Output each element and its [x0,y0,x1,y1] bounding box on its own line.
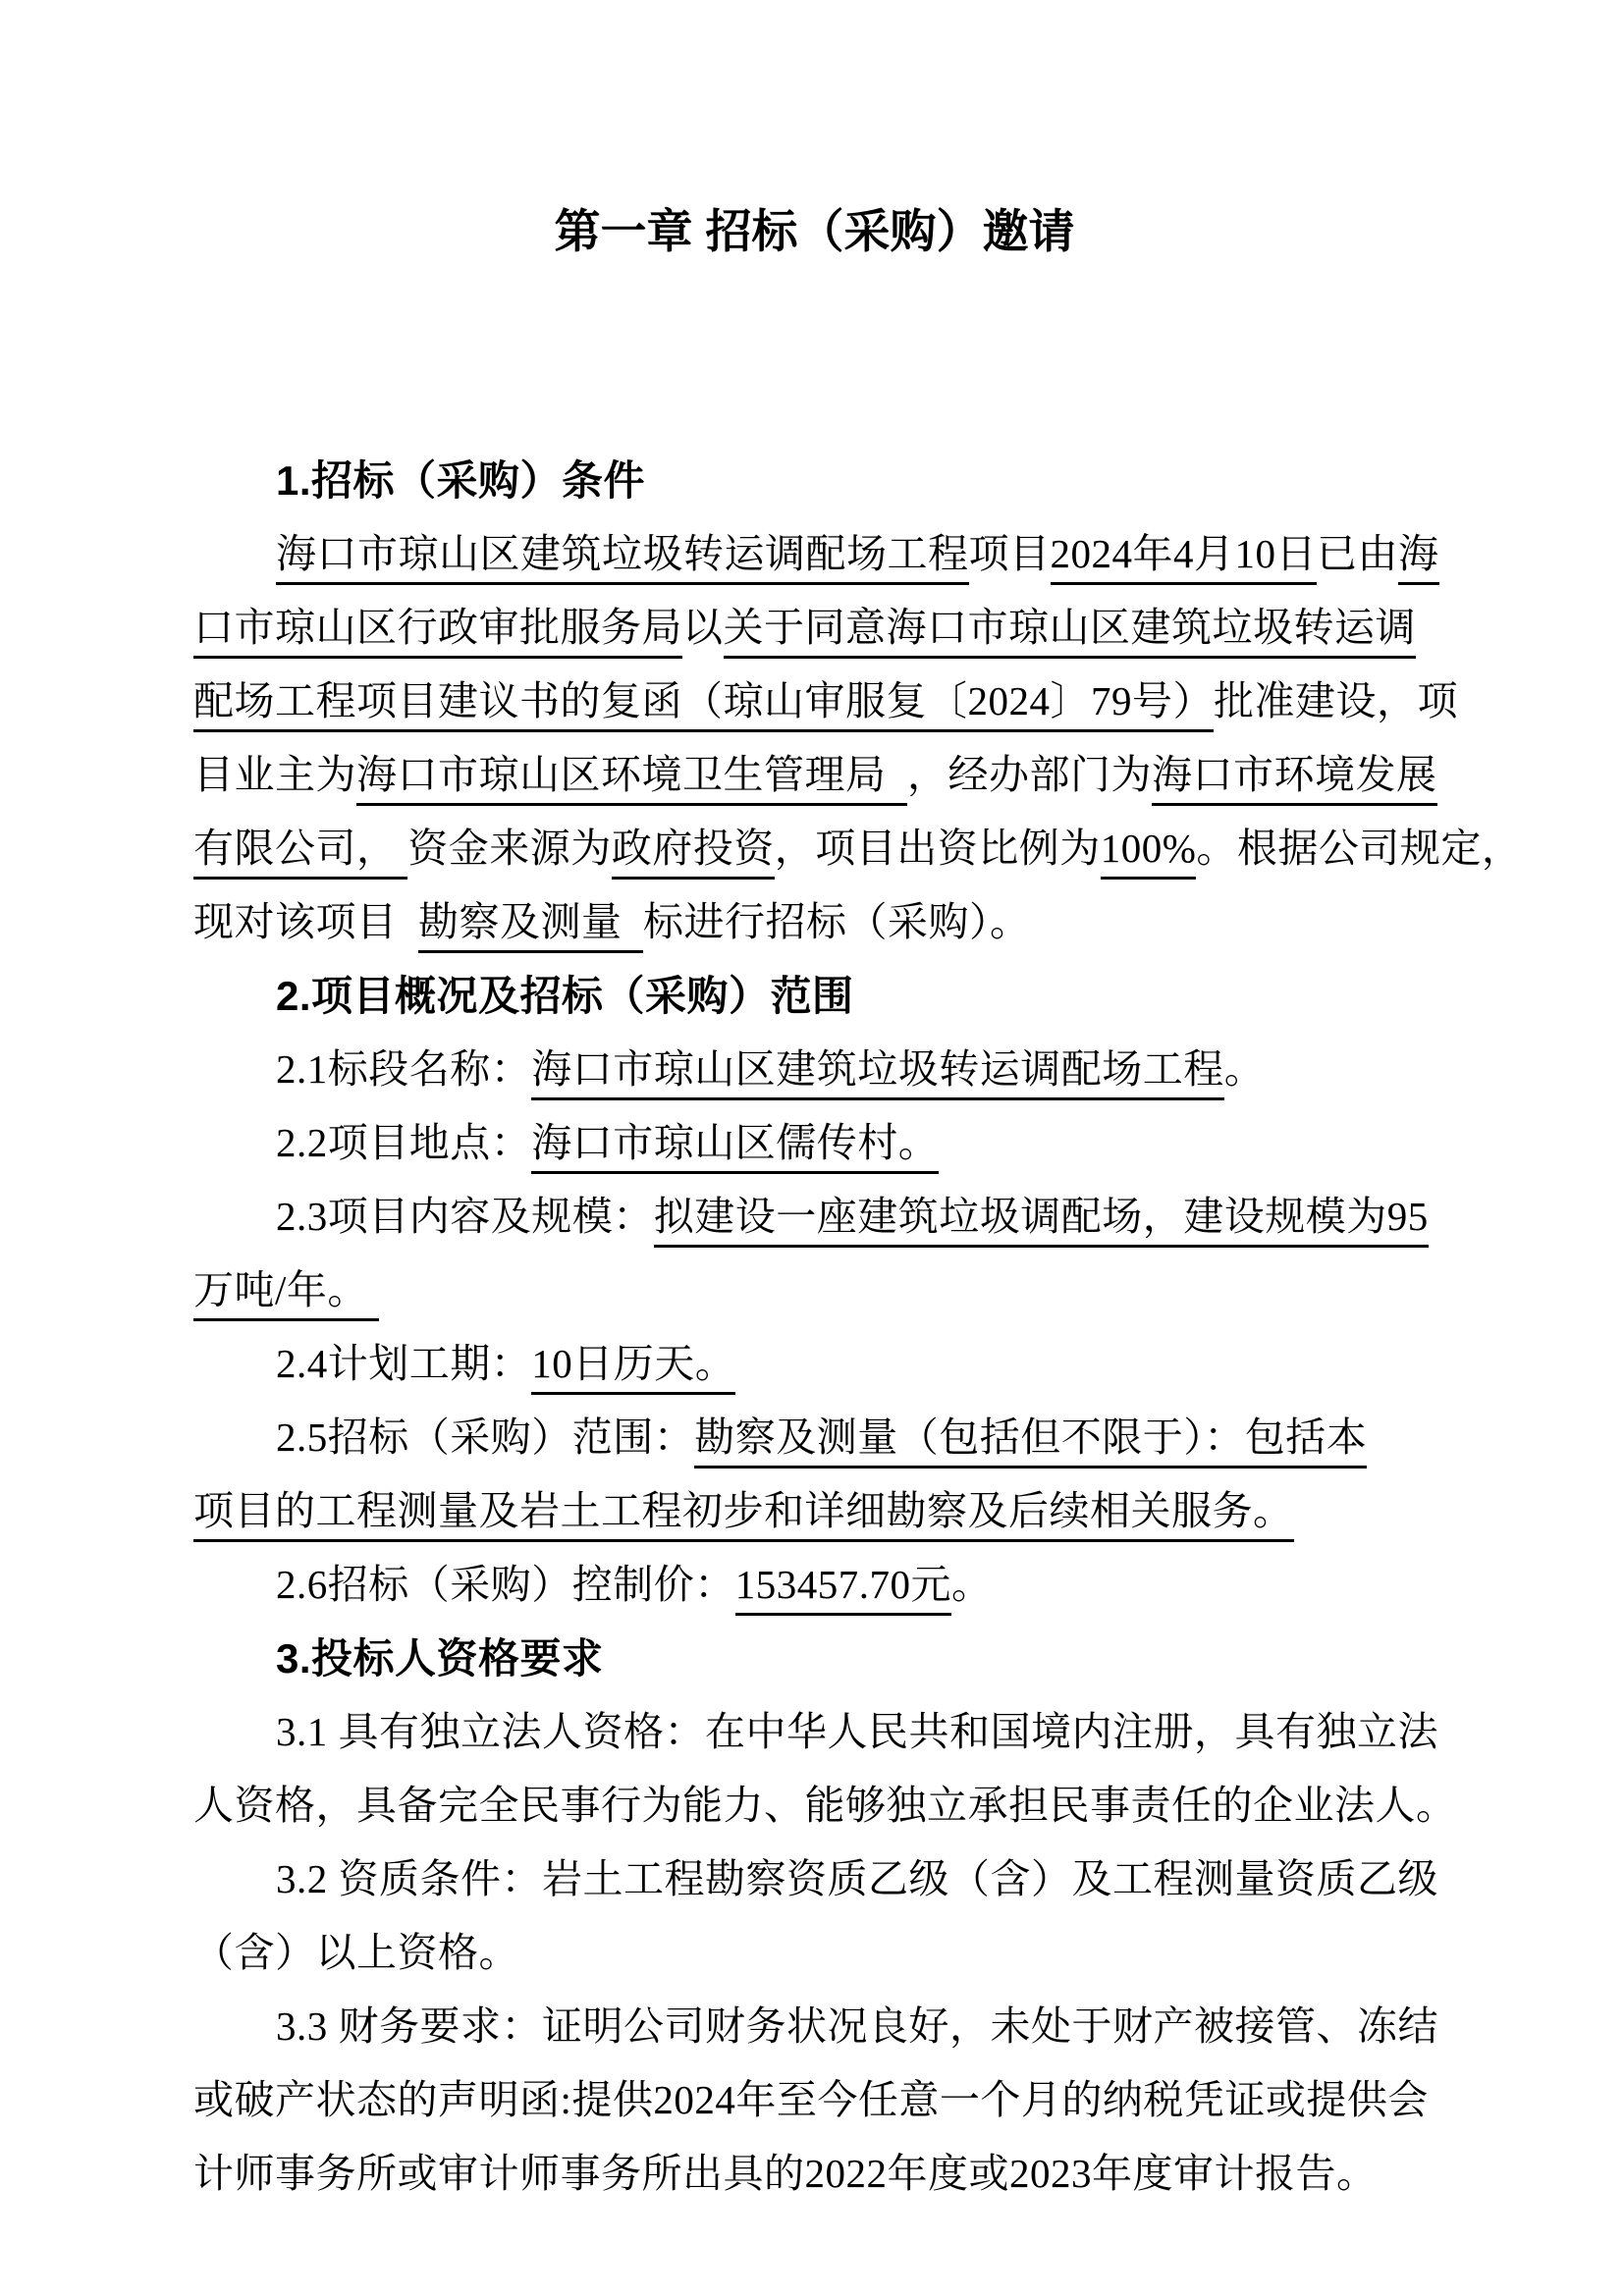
text-segment: 2.4计划工期： [276,1341,531,1386]
underlined-text-segment: 政府投资 [612,826,775,880]
text-line: 或破产状态的声明函:提供2024年至今任意一个月的纳税凭证或提供会 [193,2063,1435,2137]
underlined-text-segment: 万吨/年。 [193,1267,379,1321]
text-line: 2.3项目内容及规模：拟建设一座建筑垃圾调配场，建设规模为95 [193,1180,1435,1254]
text-segment: 3.3 财务要求：证明公司财务状况良好，未处于财产被接管、冻结 [276,2003,1438,2049]
text-segment: 人资格，具备完全民事行为能力、能够独立承担民事责任的企业法人。 [193,1783,1457,1828]
text-segment: 3.2 资质条件：岩土工程勘察资质乙级（含）及工程测量资质乙级 [276,1856,1438,1901]
underlined-text-segment: 海口市琼山区建筑垃圾转运调配场工程 [531,1046,1224,1100]
text-segment: 资金来源为 [407,826,612,871]
underlined-text-segment: 勘察及测量 [418,899,643,953]
text-line: 计师事务所或审计师事务所出具的2022年度或2023年度审计报告。 [193,2137,1435,2211]
underlined-text-segment: 项目的工程测量及岩土工程初步和详细勘察及后续相关服务。 [193,1488,1294,1542]
underlined-text-segment: 拟建设一座建筑垃圾调配场，建设规模为95 [654,1194,1429,1248]
text-line: 2.4计划工期：10日历天。 [193,1327,1435,1401]
text-segment: 2.1标段名称： [276,1046,531,1092]
text-line: 项目的工程测量及岩土工程初步和详细勘察及后续相关服务。 [193,1474,1435,1548]
document-body: 1.招标（采购）条件海口市琼山区建筑垃圾转运调配场工程项目2024年4月10日已… [193,444,1435,2211]
text-segment: 。 [951,1562,993,1607]
underlined-text-segment: 口市琼山区行政审批服务局 [193,605,682,659]
text-segment: 。根据公司规定， [1196,826,1522,871]
text-segment: 批准建设，项 [1214,678,1458,723]
text-segment: 。 [1224,1046,1266,1092]
text-line: 现对该项目 勘察及测量 标进行招标（采购）。 [193,885,1435,959]
text-segment: 2.5招标（采购）范围： [276,1415,694,1460]
text-segment: 以 [682,605,724,650]
underlined-text-segment: 2024年4月10日 [1051,531,1318,585]
text-segment: ，经办部门为 [907,752,1152,797]
text-line: 人资格，具备完全民事行为能力、能够独立承担民事责任的企业法人。 [193,1769,1435,1842]
text-line: 目业主为海口市琼山区环境卫生管理局 ，经办部门为海口市环境发展 [193,738,1435,812]
text-line: 海口市琼山区建筑垃圾转运调配场工程项目2024年4月10日已由海 [193,517,1435,591]
text-segment: 或破产状态的声明函:提供2024年至今任意一个月的纳税凭证或提供会 [193,2077,1429,2122]
text-line: 配场工程项目建议书的复函（琼山审服复〔2024〕79号）批准建设，项 [193,665,1435,738]
text-segment: 已由 [1317,531,1398,576]
underlined-text-segment: 10日历天。 [531,1341,735,1395]
page-title: 第一章 招标（采购）邀请 [193,201,1435,262]
underlined-text-segment: 海口市环境发展 [1152,752,1437,806]
text-segment: 2.3项目内容及规模： [276,1194,654,1239]
text-segment: 2.项目概况及招标（采购）范围 [276,973,854,1019]
underlined-text-segment: 100% [1101,826,1197,880]
text-segment: 现对该项目 [193,899,418,944]
text-line: 有限公司， 资金来源为政府投资，项目出资比例为100%。根据公司规定， [193,812,1435,885]
text-line: 3.3 财务要求：证明公司财务状况良好，未处于财产被接管、冻结 [193,1990,1435,2063]
text-segment: 标进行招标（采购）。 [643,899,1031,944]
underlined-text-segment: 配场工程项目建议书的复函（琼山审服复〔2024〕79号） [193,678,1214,732]
underlined-text-segment: 有限公司， [193,826,407,880]
text-line: 3.2 资质条件：岩土工程勘察资质乙级（含）及工程测量资质乙级 [193,1842,1435,1916]
underlined-text-segment: 勘察及测量（包括但不限于）：包括本 [694,1415,1367,1468]
text-line: 口市琼山区行政审批服务局以关于同意海口市琼山区建筑垃圾转运调 [193,591,1435,665]
text-segment: 2.2项目地点： [276,1120,531,1165]
section-heading: 3.投标人资格要求 [193,1622,1435,1695]
text-line: 2.6招标（采购）控制价：153457.70元。 [193,1548,1435,1622]
underlined-text-segment: 海口市琼山区环境卫生管理局 [356,752,907,806]
text-segment: 1.招标（采购）条件 [276,457,645,504]
underlined-text-segment: 海 [1398,531,1439,585]
text-segment: 项目 [969,531,1051,576]
text-segment: 3.投标人资格要求 [276,1635,604,1682]
underlined-text-segment: 海口市琼山区儒传村。 [531,1120,939,1174]
text-segment: 计师事务所或审计师事务所出具的2022年度或2023年度审计报告。 [193,2151,1378,2196]
text-segment: 2.6招标（采购）控制价： [276,1562,735,1607]
underlined-text-segment: 关于同意海口市琼山区建筑垃圾转运调 [724,605,1417,659]
text-line: 3.1 具有独立法人资格：在中华人民共和国境内注册，具有独立法 [193,1695,1435,1769]
text-segment: （含）以上资格。 [193,1930,519,1975]
section-heading: 1.招标（采购）条件 [193,444,1435,517]
text-segment: 目业主为 [193,752,356,797]
text-line: 2.1标段名称：海口市琼山区建筑垃圾转运调配场工程。 [193,1033,1435,1106]
document-page: 第一章 招标（采购）邀请 1.招标（采购）条件海口市琼山区建筑垃圾转运调配场工程… [0,0,1624,2296]
text-line: （含）以上资格。 [193,1916,1435,1990]
section-heading: 2.项目概况及招标（采购）范围 [193,959,1435,1033]
text-line: 2.2项目地点：海口市琼山区儒传村。 [193,1106,1435,1180]
underlined-text-segment: 海口市琼山区建筑垃圾转运调配场工程 [276,531,969,585]
text-line: 2.5招标（采购）范围：勘察及测量（包括但不限于）：包括本 [193,1401,1435,1474]
underlined-text-segment: 153457.70元 [735,1562,951,1616]
text-segment: 3.1 具有独立法人资格：在中华人民共和国境内注册，具有独立法 [276,1709,1438,1754]
text-line: 万吨/年。 [193,1254,1435,1327]
text-segment: ，项目出资比例为 [775,826,1101,871]
